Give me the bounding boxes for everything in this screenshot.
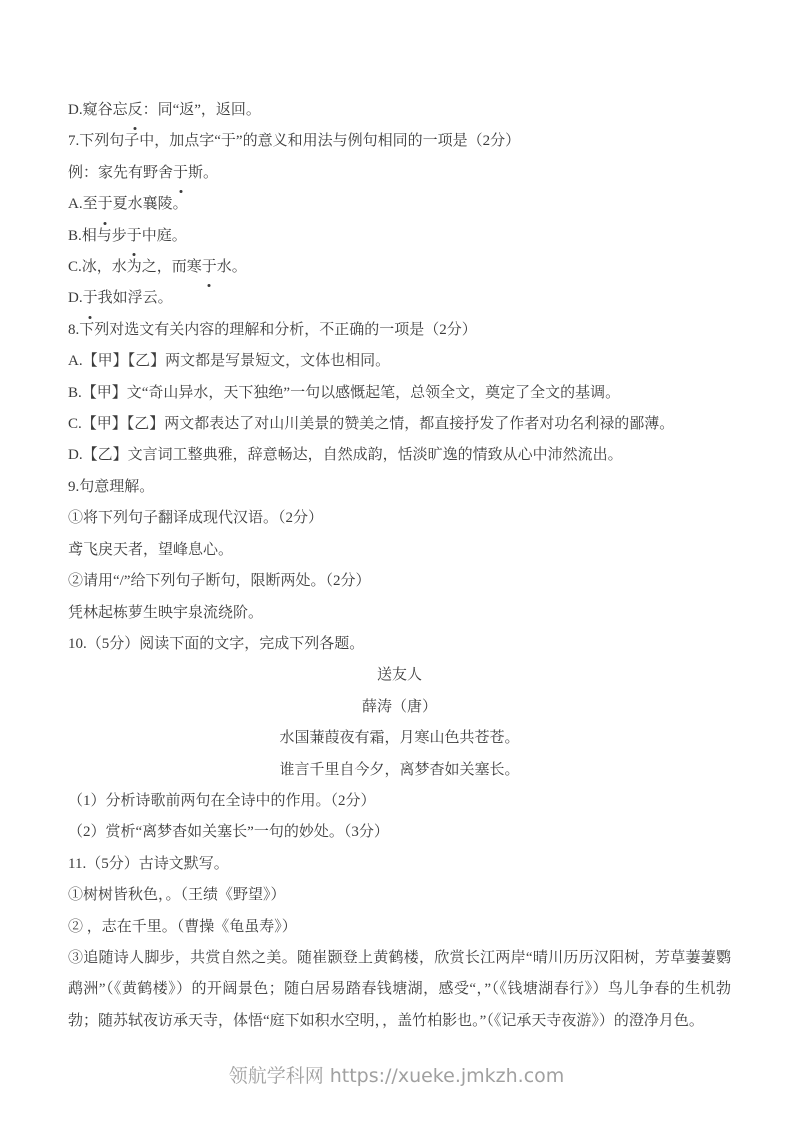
question-10: 10.（5分）阅读下面的文字，完成下列各题。 送友人 薛涛（唐） 水国蒹葭夜有霜…: [68, 629, 731, 849]
emphasized-char: 于: [98, 189, 113, 220]
question-6-tail: D.窥谷忘反：同“返”，返回。: [68, 95, 731, 126]
text-segment: B.相与步: [68, 228, 127, 244]
question-8: 8.下列对选文有关内容的理解和分析，不正确的一项是（2分） A.【甲】【乙】两文…: [68, 315, 731, 472]
text-segment: D.: [68, 290, 83, 306]
q8-option-c: C.【甲】【乙】两文都表达了对山川美景的赞美之情，都直接抒发了作者对功名利禄的鄙…: [68, 409, 731, 440]
emphasized-char: 于: [173, 158, 188, 189]
text-segment: 夏水襄陵。: [113, 196, 188, 212]
watermark: 领航学科网 https://xueke.jmkzh.com: [0, 1063, 793, 1089]
q7-option-b: B.相与步于中庭。: [68, 221, 731, 252]
q11-stem: 11.（5分）古诗文默写。: [68, 849, 731, 880]
emphasized-char: 反: [128, 95, 143, 126]
q9-sentence1: 鸢飞戾天者，望峰息心。: [68, 535, 731, 566]
text-segment: D.窥谷忘: [68, 102, 128, 118]
q11-item-3: ③追随诗人脚步，共赏自然之美。随崔颢登上黄鹤楼，欣赏长江两岸“晴川历历汉阳树，芳…: [68, 943, 731, 1037]
q8-option-b: B.【甲】文“奇山异水，天下独绝”一句以感慨起笔，总领全文，奠定了全文的基调。: [68, 378, 731, 409]
q8-option-a: A.【甲】【乙】两文都是写景短文，文体也相同。: [68, 346, 731, 377]
poem-author: 薛涛（唐）: [68, 692, 731, 723]
q8-stem: 8.下列对选文有关内容的理解和分析，不正确的一项是（2分）: [68, 315, 731, 346]
text-segment: ：同“返”，返回。: [143, 102, 261, 118]
text-segment: 中庭。: [142, 228, 187, 244]
q10-sub2: （2）赏析“离梦杳如关塞长”一句的妙处。（3分）: [68, 817, 731, 848]
text-segment: C.冰，水为之，而寒: [68, 259, 202, 275]
poem-line-1: 水国蒹葭夜有霜，月寒山色共苍苍。: [68, 723, 731, 754]
q8-option-d: D.【乙】文言词工整典雅，辞意畅达，自然成韵，恬淡旷逸的情致从心中沛然流出。: [68, 440, 731, 471]
q7-option-a: A.至于夏水襄陵。: [68, 189, 731, 220]
q7-stem: 7.下列句子中，加点字“于”的意义和用法与例句相同的一项是（2分）: [68, 126, 731, 157]
q9-stem: 9.句意理解。: [68, 472, 731, 503]
question-11: 11.（5分）古诗文默写。 ①树树皆秋色，。（王绩《野望》） ② ，志在千里。（…: [68, 849, 731, 1037]
text-segment: 我如浮云。: [98, 290, 173, 306]
poem-title: 送友人: [68, 660, 731, 691]
emphasized-char: 于: [83, 283, 98, 314]
emphasized-char: 于: [202, 252, 217, 283]
text-segment: 水。: [217, 259, 247, 275]
question-7: 7.下列句子中，加点字“于”的意义和用法与例句相同的一项是（2分） 例：家先有野…: [68, 126, 731, 314]
exam-page: D.窥谷忘反：同“返”，返回。 7.下列句子中，加点字“于”的意义和用法与例句相…: [0, 0, 793, 1122]
q10-sub1: （1）分析诗歌前两句在全诗中的作用。（2分）: [68, 786, 731, 817]
q11-item-1: ①树树皆秋色，。（王绩《野望》）: [68, 880, 731, 911]
poem-line-2: 谁言千里自今夕，离梦杳如关塞长。: [68, 755, 731, 786]
q7-option-d: D.于我如浮云。: [68, 283, 731, 314]
q9-sub1: ①将下列句子翻译成现代汉语。（2分）: [68, 503, 731, 534]
question-9: 9.句意理解。 ①将下列句子翻译成现代汉语。（2分） 鸢飞戾天者，望峰息心。 ②…: [68, 472, 731, 629]
text-segment: 斯。: [188, 165, 218, 181]
text-segment: A.至: [68, 196, 98, 212]
q7-example: 例：家先有野舍于斯。: [68, 158, 731, 189]
q6-option-d: D.窥谷忘反：同“返”，返回。: [68, 95, 731, 126]
emphasized-char: 于: [127, 221, 142, 252]
q11-item-2: ② ，志在千里。（曹操《龟虽寿》）: [68, 912, 731, 943]
q10-stem: 10.（5分）阅读下面的文字，完成下列各题。: [68, 629, 731, 660]
q9-sub2: ②请用“/”给下列句子断句，限断两处。（2分）: [68, 566, 731, 597]
q7-option-c: C.冰，水为之，而寒于水。: [68, 252, 731, 283]
text-segment: 例：家先有野舍: [68, 165, 173, 181]
q9-sentence2: 凭林起栋萝生映宇泉流绕阶。: [68, 598, 731, 629]
